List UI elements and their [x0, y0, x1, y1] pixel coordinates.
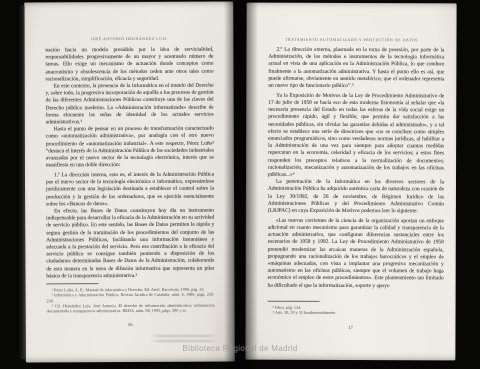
book-scan: JOSÉ ANTONIO HERNÁNDEZ LUIS nación hacia…: [0, 0, 480, 369]
paragraph: nación hacia un modelo presidido por la …: [45, 47, 213, 84]
faint-stamp: [150, 335, 218, 346]
left-page-footnotes: ¹ Pérez Luño, A. E.: Manual de informáti…: [46, 287, 214, 314]
right-page-footnotes: ⁵ Ídem, pág. 134. ⁶ Arts. 38, 39 y 52 fu…: [268, 305, 444, 316]
running-header-right: TRATAMIENTO AUTOMATIZADO Y PROTECCIÓN DE…: [246, 38, 456, 43]
page-number-left: 16: [26, 323, 235, 329]
paragraph: Ya la Exposición de Motivos de la Ley de…: [268, 93, 444, 180]
paragraph: La penetración de la Informática en los …: [268, 179, 444, 216]
left-page: JOSÉ ANTONIO HERNÁNDEZ LUIS nación hacia…: [24, 2, 235, 363]
paragraph: 2.º La dirección externa, plasmada en la…: [268, 47, 444, 91]
paragraph: Hasta el punto de pensar en un proceso d…: [46, 126, 214, 170]
footnote: ³ Cfr. Hernández Luis, José Antonio, El …: [47, 303, 215, 314]
paragraph: En este contexto, la presencia de la Inf…: [46, 83, 214, 127]
right-page-body: 2.º La dirección externa, plasmada en la…: [268, 47, 445, 291]
page-stack-edge: [19, 5, 25, 359]
right-page: TRATAMIENTO AUTOMATIZADO Y PROTECCIÓN DE…: [245, 3, 456, 361]
footnote-divider: [46, 283, 98, 284]
footnote-divider: [268, 301, 320, 302]
running-header-left: JOSÉ ANTONIO HERNÁNDEZ LUIS: [24, 37, 233, 42]
paragraph: 1.º La dirección interna, esto es, el in…: [46, 172, 214, 209]
paragraph: En efecto, las Bases de Datos constituye…: [46, 208, 214, 281]
paragraph: «Las nuevas corrientes de la ciencia de …: [268, 218, 444, 291]
footnote: ⁶ Arts. 38, 39 y 52 fundamentalmente.: [268, 310, 444, 316]
page-number-right: 17: [245, 326, 455, 332]
footnote: ² Informática y Administración Pública, …: [46, 292, 214, 303]
left-page-body: nación hacia un modelo presidido por la …: [45, 47, 214, 281]
